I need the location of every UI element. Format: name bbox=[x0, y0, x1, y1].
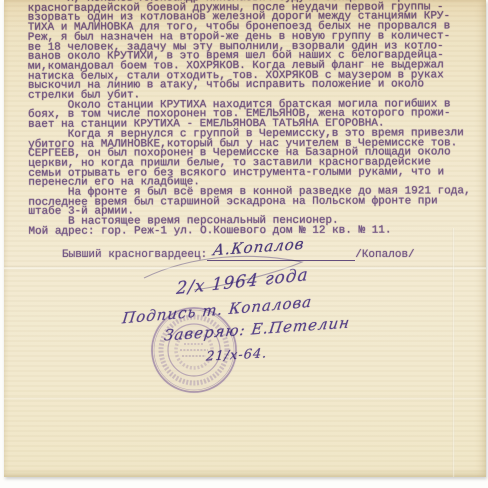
round-stamp-icon bbox=[148, 304, 240, 396]
paper-crease-horizontal-2 bbox=[4, 397, 486, 400]
typed-surname: /Копалов/ bbox=[355, 249, 414, 261]
scanned-document-page: Я, Копалов Александр Николаевич будучи б… bbox=[4, 0, 486, 477]
typed-body-text: Я, Копалов Александр Николаевич будучи б… bbox=[28, 0, 471, 237]
document-scan: Я, Копалов Александр Николаевич будучи б… bbox=[0, 0, 488, 488]
paper-crease-vertical bbox=[452, 228, 455, 477]
